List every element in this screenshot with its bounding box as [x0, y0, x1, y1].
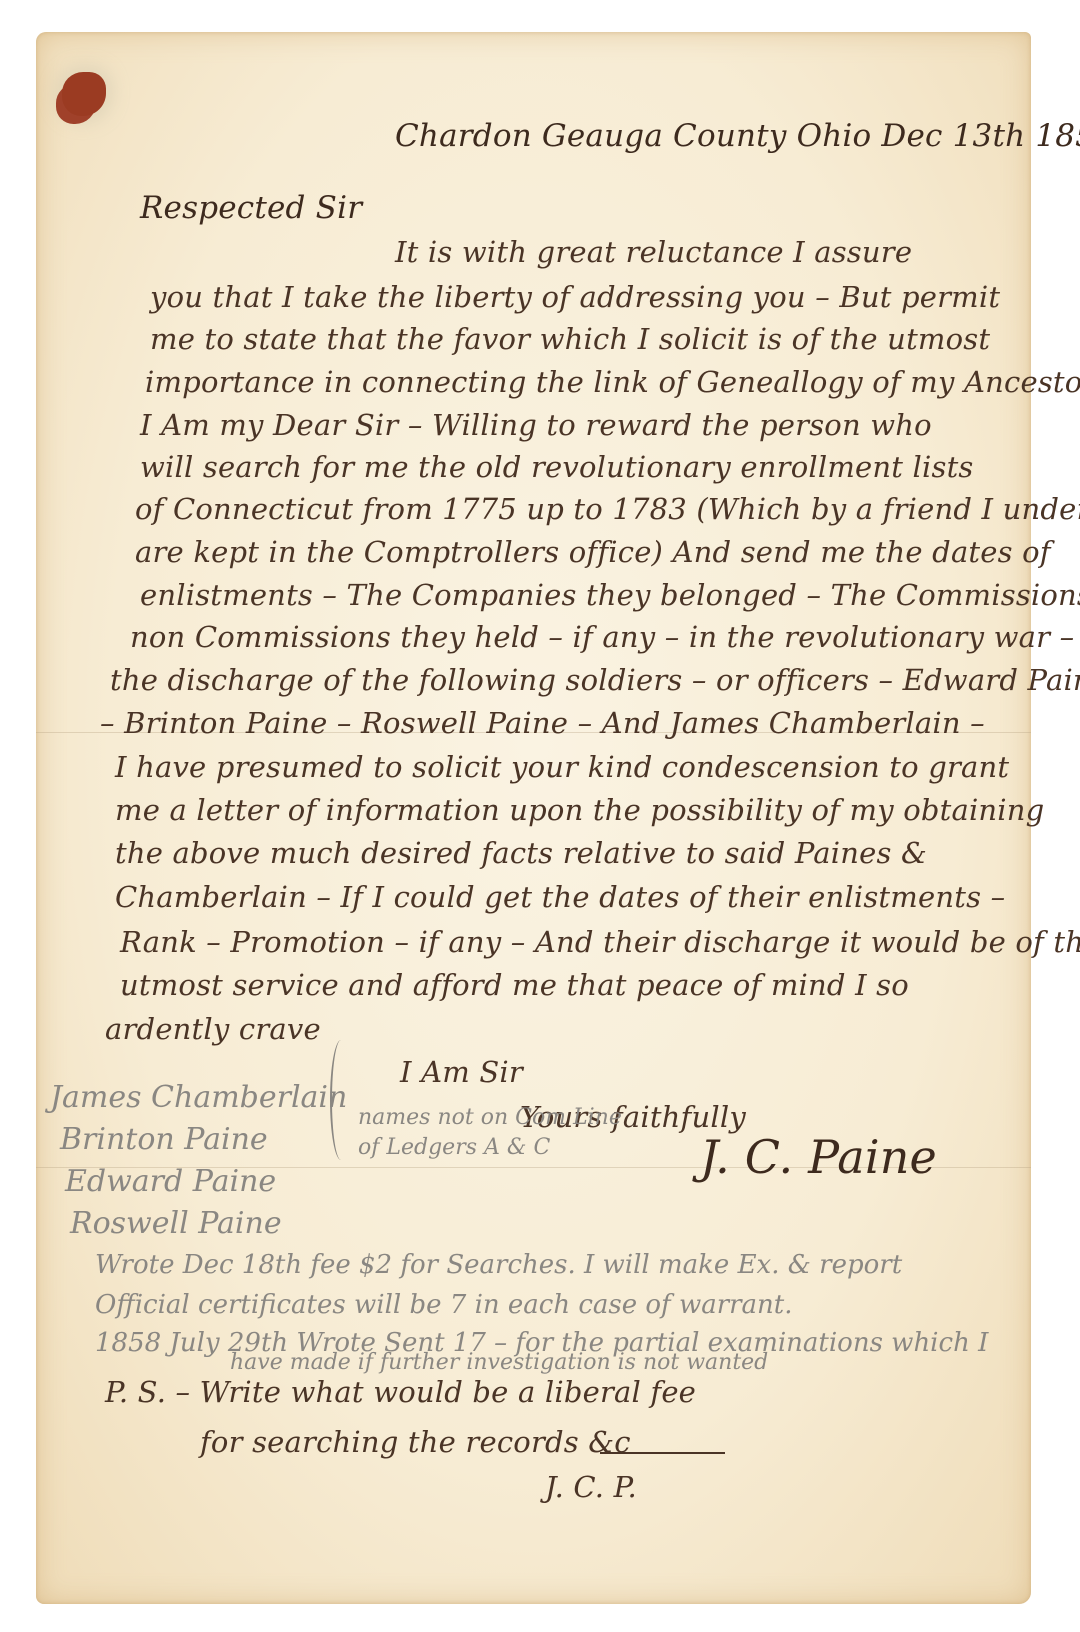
- pencil-brace-note: of Ledgers A & C: [358, 1135, 550, 1160]
- body-line: utmost service and afford me that peace …: [120, 968, 909, 1002]
- body-line: are kept in the Comptrollers office) And…: [135, 535, 1051, 569]
- body-line: enlistments – The Companies they belonge…: [140, 578, 1080, 612]
- postscript: for searching the records &c: [200, 1425, 631, 1459]
- pencil-brace-note: names not on Com Line: [358, 1105, 622, 1130]
- signature: J. C. Paine: [700, 1130, 937, 1184]
- body-line: I Am my Dear Sir – Willing to reward the…: [140, 408, 932, 442]
- postscript: P. S. – Write what would be a liberal fe…: [105, 1375, 696, 1409]
- pencil-name: Brinton Paine: [60, 1122, 268, 1157]
- body-line: me a letter of information upon the poss…: [115, 793, 1044, 827]
- body-line: Rank – Promotion – if any – And their di…: [120, 925, 1080, 959]
- closing: I Am Sir: [400, 1055, 523, 1089]
- pencil-note: Wrote Dec 18th fee $2 for Searches. I wi…: [95, 1250, 902, 1280]
- body-line: the above much desired facts relative to…: [115, 836, 927, 870]
- postscript-initials: J. C. P.: [545, 1470, 637, 1504]
- pencil-name: James Chamberlain: [50, 1080, 347, 1115]
- pencil-name: Roswell Paine: [70, 1206, 282, 1241]
- pencil-note: have made if further investigation is no…: [230, 1350, 768, 1375]
- body-line: the discharge of the following soldiers …: [110, 663, 1080, 697]
- body-line: ardently crave: [105, 1012, 321, 1046]
- body-line: of Connecticut from 1775 up to 1783 (Whi…: [135, 492, 1080, 526]
- body-line: – Brinton Paine – Roswell Paine – And Ja…: [100, 706, 985, 740]
- body-line: will search for me the old revolutionary…: [140, 450, 974, 484]
- body-line: importance in connecting the link of Gen…: [145, 365, 1080, 399]
- flourish-line: [600, 1452, 725, 1454]
- place-date: Chardon Geauga County Ohio Dec 13th 1856: [395, 118, 1080, 154]
- pencil-note: Official certificates will be 7 in each …: [95, 1290, 793, 1320]
- body-line: me to state that the favor which I solic…: [150, 322, 990, 356]
- body-line: you that I take the liberty of addressin…: [150, 280, 1000, 314]
- pencil-name: Edward Paine: [65, 1164, 276, 1199]
- body-line: Chamberlain – If I could get the dates o…: [115, 880, 1005, 914]
- pencil-brace: [330, 1040, 352, 1160]
- body-line: non Commissions they held – if any – in …: [130, 620, 1080, 654]
- body-line: I have presumed to solicit your kind con…: [115, 750, 1009, 784]
- body-line: It is with great reluctance I assure: [395, 235, 912, 269]
- salutation: Respected Sir: [140, 190, 362, 226]
